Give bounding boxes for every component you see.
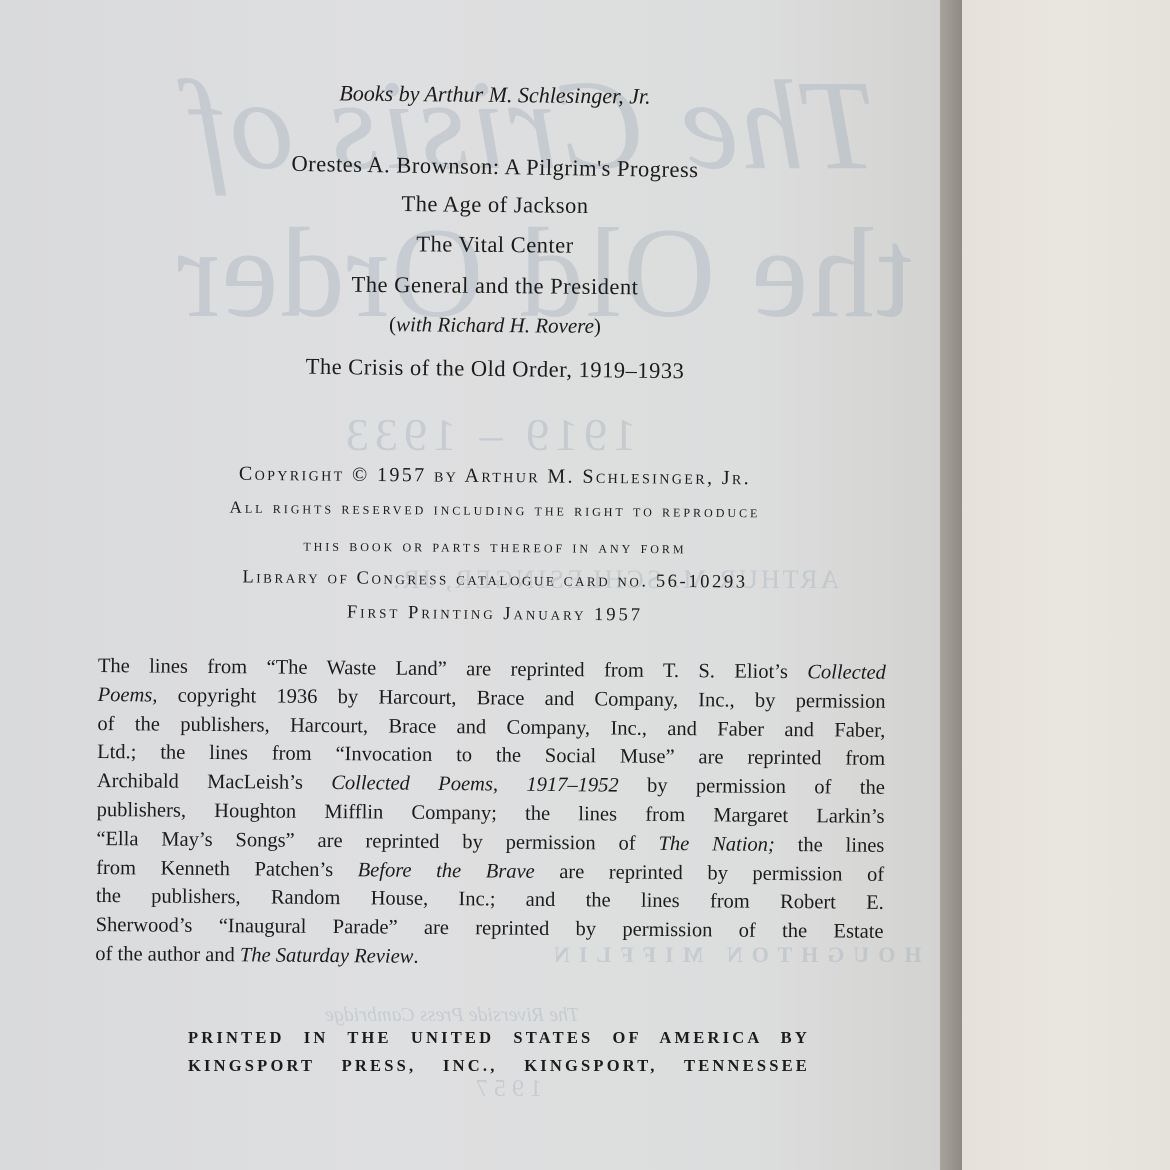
facing-page-edge xyxy=(962,0,1170,1170)
show-through-year: 1957 xyxy=(470,1076,542,1103)
rights-reserved-line: All rights reserved including the right … xyxy=(90,496,900,523)
text-run: The lines from “The Waste Land” are repr… xyxy=(98,655,808,683)
books-by-heading: Books by Arthur M. Schlesinger, Jr. xyxy=(90,78,900,112)
printer-name-line: KINGSPORT PRESS, INC., KINGSPORT, TENNES… xyxy=(188,1056,810,1076)
italic-title: Poems, xyxy=(98,684,158,707)
text-run: Archibald MacLeish’s xyxy=(97,770,332,794)
book-title: Orestes A. Brownson: A Pilgrim's Progres… xyxy=(90,148,900,187)
text-run: Ltd.; the lines from “Invocation to the … xyxy=(97,741,885,770)
italic-title: The Nation; xyxy=(658,833,774,856)
book-title: The Crisis of the Old Order, 1919–1933 xyxy=(90,351,900,387)
text-run: by permission of the xyxy=(619,775,885,799)
italic-title: Before the Brave xyxy=(358,859,535,883)
text-run: are reprinted by permission of xyxy=(535,860,885,885)
copyright-page: The Crisis of the Old Order 1919 – 1933 … xyxy=(0,0,940,1170)
text-run: publishers, Houghton Mifflin Company; th… xyxy=(97,799,885,828)
paren-close: ) xyxy=(594,314,601,338)
text-run: the lines xyxy=(775,834,885,857)
text-run: . xyxy=(413,946,418,968)
text-run: of the author and xyxy=(95,943,240,966)
text-run: of the publishers, Harcourt, Brace and C… xyxy=(97,713,885,742)
coauthor-name: with Richard H. Rovere xyxy=(396,312,594,338)
italic-title: The Saturday Review xyxy=(240,944,414,968)
book-title: The Vital Center xyxy=(90,228,900,261)
coauthor-note: (with Richard H. Rovere) xyxy=(90,309,900,341)
book-gutter xyxy=(940,0,962,1170)
book-title: The Age of Jackson xyxy=(90,188,900,222)
text-run: from Kenneth Patchen’s xyxy=(96,857,358,881)
show-through-years: 1919 – 1933 xyxy=(340,408,636,461)
book-title: The General and the President xyxy=(90,269,900,302)
text-run: Sherwood’s “Inaugural Parade” are reprin… xyxy=(96,914,884,943)
loc-card-number: Library of Congress catalogue card no. 5… xyxy=(90,566,900,595)
text-run: “Ella May’s Songs” are reprinted by perm… xyxy=(96,828,658,855)
printed-in-line: PRINTED IN THE UNITED STATES OF AMERICA … xyxy=(188,1028,810,1048)
show-through-press: The Riverside Press Cambridge xyxy=(325,1004,579,1027)
copyright-line: Copyright © 1957 by Arthur M. Schlesinge… xyxy=(90,461,900,491)
acknowledgments-paragraph: The lines from “The Waste Land” are repr… xyxy=(95,652,886,976)
italic-title: Collected Poems, 1917–1952 xyxy=(331,772,619,797)
italic-title: Collected xyxy=(807,661,886,684)
first-printing: First Printing January 1957 xyxy=(90,600,900,629)
text-run: the publishers, Random House, Inc.; and … xyxy=(96,885,884,914)
text-run: copyright 1936 by Harcourt, Brace and Co… xyxy=(157,684,885,712)
rights-reserved-line-2: this book or parts thereof in any form xyxy=(90,534,900,560)
